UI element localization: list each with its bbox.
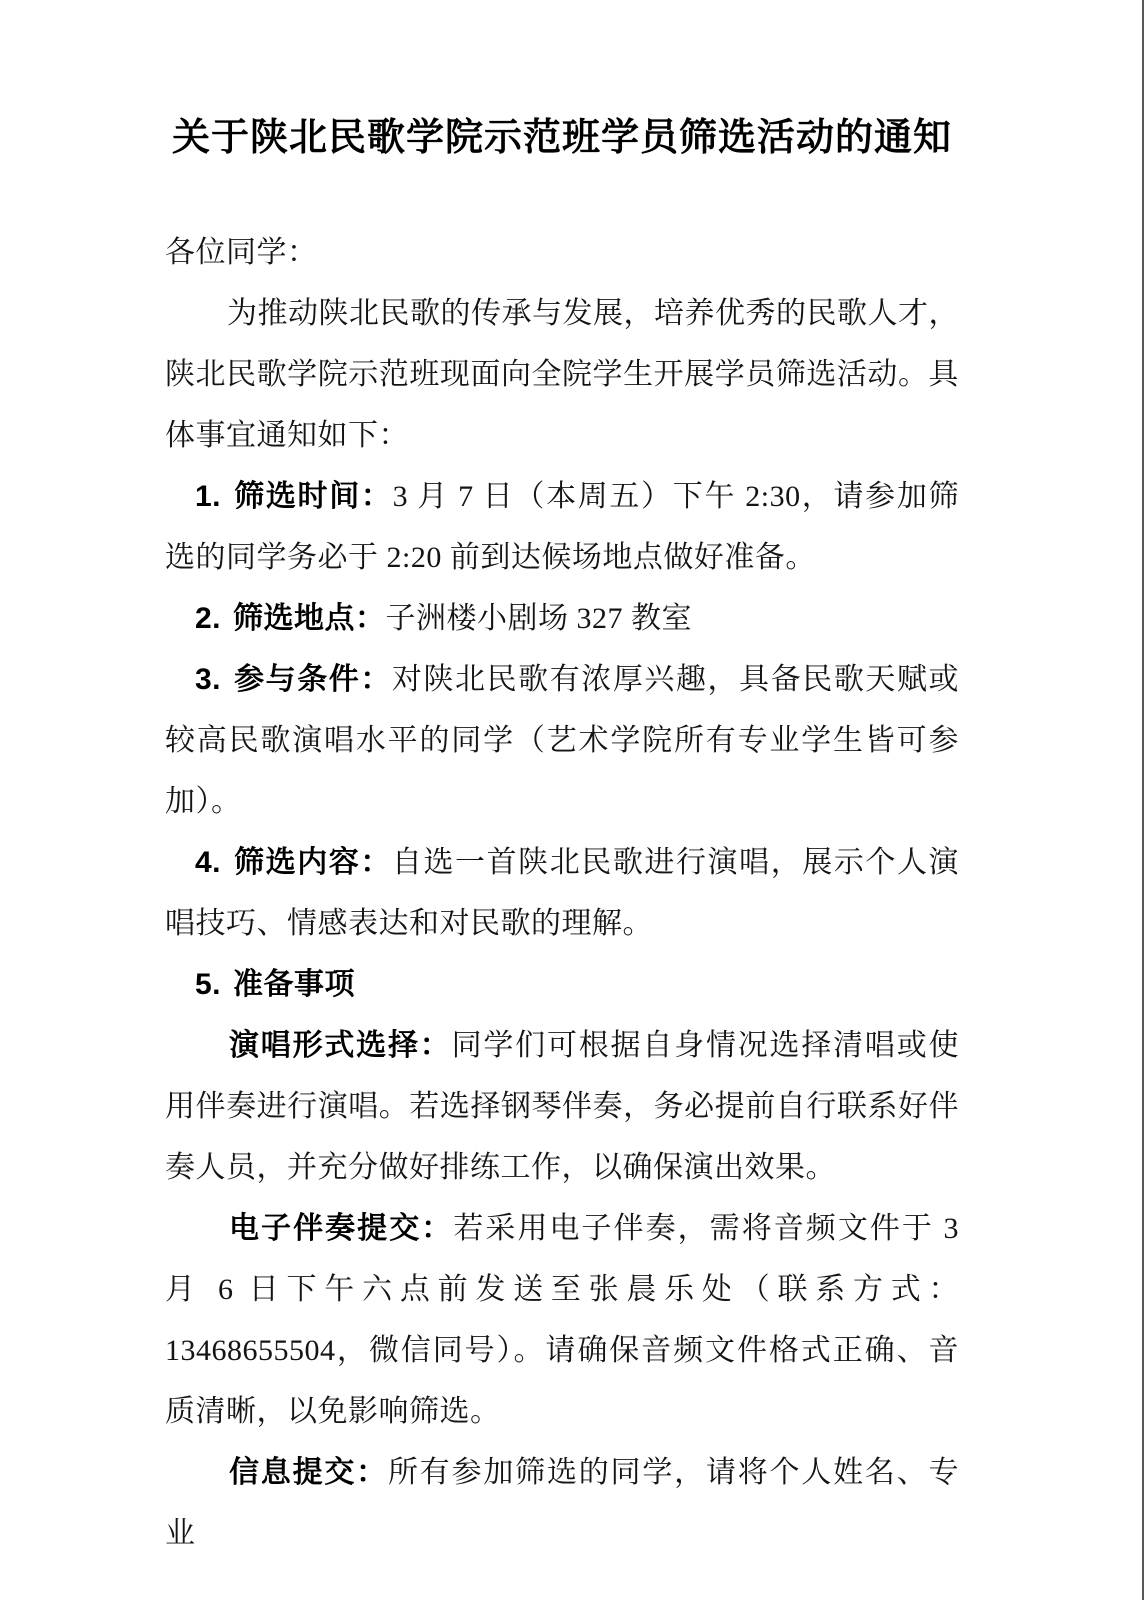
item-1-label: 筛选时间：: [233, 480, 393, 513]
item-5-label: 准备事项: [233, 968, 355, 1001]
subitem-1-label: 演唱形式选择：: [229, 1029, 452, 1062]
item-4-number: 4.: [195, 846, 221, 879]
list-item-screening-content: 4.筛选内容：自选一首陕北民歌进行演唱，展示个人演唱技巧、情感表达和对民歌的理解…: [165, 832, 959, 954]
item-2-text: 子洲楼小剧场 327 教室: [386, 602, 693, 635]
subitem-electronic-accompaniment: 电子伴奏提交：若采用电子伴奏，需将音频文件于 3 月 6 日下午六点前发送至张晨…: [165, 1198, 959, 1442]
page-right-edge-line: [1142, 0, 1144, 1600]
intro-paragraph: 为推动陕北民歌的传承与发展，培养优秀的民歌人才，陕北民歌学院示范班现面向全院学生…: [165, 283, 959, 466]
item-4-label: 筛选内容：: [233, 846, 392, 879]
subitem-3-label: 信息提交：: [229, 1456, 388, 1489]
subitem-2-label: 电子伴奏提交：: [229, 1212, 453, 1245]
item-3-number: 3.: [195, 663, 221, 696]
list-item-participation-conditions: 3.参与条件：对陕北民歌有浓厚兴趣，具备民歌天赋或较高民歌演唱水平的同学（艺术学…: [165, 649, 959, 832]
item-5-number: 5.: [195, 968, 221, 1001]
item-3-label: 参与条件：: [233, 663, 392, 696]
list-item-preparation: 5.准备事项: [165, 954, 959, 1015]
item-2-number: 2.: [195, 602, 221, 635]
item-1-number: 1.: [195, 480, 221, 513]
subitem-information-submission: 信息提交：所有参加筛选的同学，请将个人姓名、专业: [165, 1442, 959, 1564]
list-item-screening-time: 1.筛选时间：3 月 7 日（本周五）下午 2:30，请参加筛选的同学务必于 2…: [165, 466, 959, 588]
page-title: 关于陕北民歌学院示范班学员筛选活动的通知: [165, 112, 959, 164]
item-2-label: 筛选地点：: [233, 602, 386, 635]
notice-document-page: 关于陕北民歌学院示范班学员筛选活动的通知 各位同学： 为推动陕北民歌的传承与发展…: [0, 0, 1145, 1600]
salutation: 各位同学：: [165, 222, 959, 283]
list-item-screening-location: 2.筛选地点：子洲楼小剧场 327 教室: [165, 588, 959, 649]
subitem-performance-form: 演唱形式选择：同学们可根据自身情况选择清唱或使用伴奏进行演唱。若选择钢琴伴奏，务…: [165, 1015, 959, 1198]
